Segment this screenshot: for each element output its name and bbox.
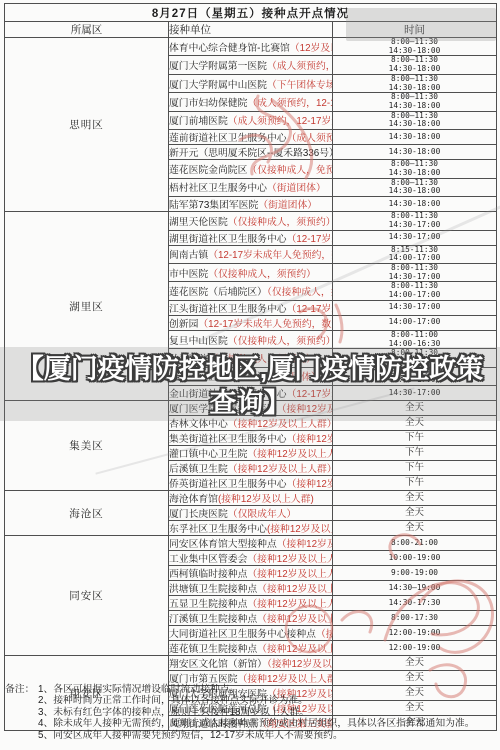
- unit-cell: 厦门市妇幼保健院（成人须预约，12-17岁免预约）: [169, 93, 333, 111]
- time-cell: 14:30—19:00: [333, 581, 497, 596]
- unit-note: （12-17岁未成年人免预约，数量有限；成人须预约）: [287, 304, 333, 315]
- unit-name: 后溪镇卫生院: [169, 464, 228, 475]
- time-cell: 12:00-19:00: [333, 626, 497, 641]
- unit-note: (接种12岁及以上人群): [267, 524, 333, 535]
- unit-cell: 厦门前埔医院（成人须预约，12-17岁免预约）: [169, 111, 333, 129]
- time-cell: 下午: [333, 431, 497, 446]
- unit-cell: 体育中心综合健身馆-比赛馆（12岁及以上人群免预约）: [169, 38, 333, 56]
- unit-name: 集美街道社区卫生服务中心: [169, 434, 287, 445]
- unit-name: 湖里天伦医院: [169, 217, 228, 228]
- unit-name: 西柯镇临时接种点: [169, 569, 247, 580]
- time-cell: 8:00-11:30 14:30-17:00: [333, 263, 497, 281]
- time-cell: 8:00—11:30 14:30-18:00: [333, 160, 497, 178]
- table-row: 海沧区海沧体育馆(接种12岁及以上人群)全天: [5, 491, 497, 506]
- unit-note: （成人须预约，12-17岁免预约）: [287, 133, 333, 144]
- unit-cell: 江头街道社区卫生服务中心（12-17岁未成年人免预约，数量有限；成人须预约）: [169, 300, 333, 315]
- unit-note: （仅接种成人，免预约）: [247, 165, 332, 176]
- column-header-district: 所属区: [5, 22, 169, 38]
- unit-name: 厦门长庚医院: [169, 509, 228, 520]
- footnote-line: 4、除未成年人接种无需预约，原则上成人接种均需预约或由村居组织，具体以各区指挥部…: [5, 718, 497, 729]
- unit-note: （12-17岁未成年人免预约，数量有限；成人须预约）: [287, 234, 333, 245]
- time-cell: 8:00—11:30 14:30-18:00: [333, 111, 497, 129]
- unit-note: （接种12岁及以上人群）: [287, 434, 333, 445]
- unit-name: 莲前街道社区卫生服务中心: [169, 133, 287, 144]
- unit-note: （接种12岁及以上人群，成人须预约）: [247, 554, 332, 565]
- time-cell: 8:00—11:30 14:30-18:00: [333, 56, 497, 74]
- time-cell: 8:00-21:00: [333, 536, 497, 551]
- unit-name: 闽南古镇: [169, 250, 208, 261]
- unit-note: （接种12岁及以上人群，成人须预约）: [257, 584, 332, 595]
- unit-note: （成人须预约，12-17岁免预约）: [267, 61, 333, 72]
- unit-cell: 工业集中区管委会（接种12岁及以上人群，成人须预约）: [169, 551, 333, 566]
- unit-name: 厦门大学附属中山医院: [169, 80, 267, 91]
- unit-cell: 厦门大学附属中山医院（下午团体专场，12-17岁免预约）: [169, 74, 333, 92]
- district-cell: 海沧区: [5, 491, 169, 536]
- time-cell: 下午: [333, 461, 497, 476]
- unit-cell: 海沧体育馆(接种12岁及以上人群): [169, 491, 333, 506]
- time-cell: 9:00-19:00: [333, 566, 497, 581]
- unit-cell: 莲花医院金尚院区（仅接种成人，免预约）: [169, 160, 333, 178]
- unit-note: （接种12岁及以上人群 ，成人须预约）: [247, 599, 332, 610]
- unit-name: 工业集中区管委会: [169, 554, 247, 565]
- footnote-line: 3、未标有红色字体的接种点，原则上只接种18周岁以上人群。: [5, 707, 497, 718]
- time-cell: 10:00-19:00: [333, 551, 497, 566]
- unit-cell: 汀溪镇卫生院接种点（接种12岁及以上人群，成人须预约）: [169, 611, 333, 626]
- unit-cell: 东孚社区卫生服务中心(接种12岁及以上人群): [169, 521, 333, 536]
- time-cell: 14:30-18:00: [333, 130, 497, 145]
- unit-name: 厦门大学附属第一医院: [169, 61, 267, 72]
- unit-name: 厦门市妇幼保健院: [169, 98, 247, 109]
- unit-name: 新开元（思明厦禾院区--厦禾路336号）: [169, 148, 333, 159]
- document-sheet: 8月27日（星期五）接种点开点情况 所属区 接种单位 时间 思明区体育中心综合健…: [0, 0, 500, 750]
- time-cell: 8:00—11:30 14:30-18:00: [333, 93, 497, 111]
- unit-name: 厦门前埔医院: [169, 116, 228, 127]
- unit-cell: 复旦中山医院（仅接种成人，须预约）: [169, 330, 333, 348]
- unit-name: 陆军第73集团军医院: [169, 200, 258, 211]
- footnote-line: 2、接种时间为正常工作时间，具体以各接种点实际开诊为准。: [5, 695, 497, 706]
- unit-cell: 厦门大学附属第一医院（成人须预约，12-17岁免预约）: [169, 56, 333, 74]
- time-cell: 14:30-17:30: [333, 596, 497, 611]
- unit-name: 海沧体育馆: [169, 494, 218, 505]
- unit-note: （仅接种成人，须预约）: [208, 269, 316, 280]
- table-row: 同安区同安区体育馆大型接种点（接种12岁及以上人群，成人须预约）8:00-21:…: [5, 536, 497, 551]
- unit-name: 翔安区文化馆（新馆）: [169, 659, 267, 670]
- unit-name: 创新园: [169, 319, 198, 330]
- unit-name: 同安区体育馆大型接种点: [169, 539, 277, 550]
- unit-name: 体育中心综合健身馆-比赛馆: [169, 43, 290, 54]
- unit-note: （仅接种成人，须预约）: [228, 336, 333, 347]
- time-cell: 8:00-11:30 14:00-17:00: [333, 282, 497, 300]
- district-cell: 思明区: [5, 38, 169, 212]
- time-cell: 下午: [333, 446, 497, 461]
- unit-name: 湖里街道社区卫生服务中心: [169, 234, 287, 245]
- unit-name: 东孚社区卫生服务中心: [169, 524, 267, 535]
- unit-cell: 闽南古镇（12-17岁未成年人免预约，数量有限；成人须预约）: [169, 245, 333, 263]
- unit-note: （接种12岁及以上人群）: [267, 659, 333, 670]
- unit-name: 莲花医院金尚院区: [169, 165, 247, 176]
- column-header-unit: 接种单位: [169, 22, 333, 38]
- unit-cell: 梧村社区卫生服务中心（街道团体）: [169, 178, 333, 196]
- time-cell: 14:30-17:00: [333, 300, 497, 315]
- unit-note: （接种12岁及以上人群）: [228, 464, 333, 475]
- unit-note: （接种12岁及以上人群）: [247, 449, 332, 460]
- unit-cell: 湖里街道社区卫生服务中心（12-17岁未成年人免预约，数量有限；成人须预约）: [169, 230, 333, 245]
- unit-note: （接种12岁及以上人群，成人须预约）: [316, 629, 333, 640]
- unit-note: （街道团体）: [267, 183, 326, 194]
- time-cell: 8:00—11:30 14:30-18:00: [333, 178, 497, 196]
- unit-note: （接种12岁及以上人群）: [287, 479, 333, 490]
- unit-name: 五显卫生院接种点: [169, 599, 247, 610]
- unit-note: （接种12岁及以上人群，成人须预约）: [247, 569, 332, 580]
- time-cell: 下午: [333, 476, 497, 491]
- time-cell: 8:00-11:00 14:00-16:30: [333, 330, 497, 348]
- unit-cell: 侨英街道社区卫生服务中心（接种12岁及以上人群）: [169, 476, 333, 491]
- unit-name: 洪塘镇卫生院接种点: [169, 584, 257, 595]
- unit-cell: 同安区体育馆大型接种点（接种12岁及以上人群，成人须预约）: [169, 536, 333, 551]
- unit-note: （仅接种成人，须预约）: [228, 217, 333, 228]
- unit-name: 市中医院: [169, 269, 208, 280]
- watermark-text: 【厦门疫情防控地区,厦门疫情防控政策查询】: [13, 352, 487, 420]
- time-cell: 14:00-17:00: [333, 315, 497, 330]
- unit-cell: 五显卫生院接种点（接种12岁及以上人群 ，成人须预约）: [169, 596, 333, 611]
- time-cell: 8:15-11:30 14:00-17:00: [333, 245, 497, 263]
- unit-note: （12岁及以上人群免预约）: [290, 43, 333, 54]
- unit-note: （12-17岁未成年人免预约，数量有限；成人须预约）: [198, 319, 332, 330]
- unit-name: 侨英街道社区卫生服务中心: [169, 479, 287, 490]
- unit-cell: 后溪镇卫生院（接种12岁及以上人群）: [169, 461, 333, 476]
- time-cell: 8:00-17:30: [333, 611, 497, 626]
- footnote-line: 备注：1、各区可根据实际情况增设临时流动接种点。: [5, 684, 497, 695]
- unit-name: 汀溪镇卫生院接种点: [169, 614, 257, 625]
- unit-note: （12-17岁未成年人免预约，数量有限；成人须预约）: [208, 250, 332, 261]
- footnotes-label: 备注：: [5, 684, 38, 695]
- unit-note: （仅限成年人）: [228, 509, 297, 520]
- footnotes-section: 备注：1、各区可根据实际情况增设临时流动接种点。2、接种时间为正常工作时间，具体…: [5, 684, 497, 741]
- time-cell: 全天: [333, 491, 497, 506]
- unit-note: （接种12岁及以上人群，成人须预约）: [277, 539, 333, 550]
- time-cell: 12:00-19:00: [333, 641, 497, 656]
- unit-note: （接种12岁及以上人群，成人须预约）: [257, 614, 332, 625]
- unit-cell: 陆军第73集团军医院（街道团体）: [169, 197, 333, 212]
- unit-cell: 莲花镇卫生院接种点（接种12岁及以上人群，成人须预约）: [169, 641, 333, 656]
- time-cell: 全天: [333, 656, 497, 671]
- unit-cell: 厦门长庚医院（仅限成年人）: [169, 506, 333, 521]
- unit-cell: 新开元（思明厦禾院区--厦禾路336号）（街道团体）: [169, 145, 333, 160]
- unit-cell: 西柯镇临时接种点（接种12岁及以上人群，成人须预约）: [169, 566, 333, 581]
- unit-note: （街道团体）: [258, 200, 317, 211]
- time-cell: 全天: [333, 521, 497, 536]
- unit-cell: 大同街道社区卫生服务中心接种点（接种12岁及以上人群，成人须预约）: [169, 626, 333, 641]
- unit-note: （下午团体专场，12-17岁免预约）: [267, 80, 333, 91]
- unit-cell: 洪塘镇卫生院接种点（接种12岁及以上人群，成人须预约）: [169, 581, 333, 596]
- unit-name: 梧村社区卫生服务中心: [169, 183, 267, 194]
- unit-cell: 翔安区文化馆（新馆）（接种12岁及以上人群）: [169, 656, 333, 671]
- time-cell: 14:30-18:00: [333, 197, 497, 212]
- unit-name: 莲花镇卫生院接种点: [169, 644, 257, 655]
- time-cell: 14:30-18:00: [333, 145, 497, 160]
- table-row: 翔安区翔安区文化馆（新馆）（接种12岁及以上人群）全天: [5, 656, 497, 671]
- unit-cell: 湖里天伦医院（仅接种成人，须预约）: [169, 212, 333, 230]
- table-row: 湖里区湖里天伦医院（仅接种成人，须预约）8:00-11:30 14:30-17:…: [5, 212, 497, 230]
- unit-note: (接种12岁及以上人群): [218, 494, 314, 505]
- district-cell: 同安区: [5, 536, 169, 656]
- unit-name: 大同街道社区卫生服务中心接种点: [169, 629, 316, 640]
- unit-note: （成人须预约，12-17岁免预约）: [247, 98, 332, 109]
- unit-note: （接种12岁及以上人群，成人须预约）: [257, 644, 332, 655]
- footnote-line: 5、同安区成年人接种需要凭预约短信，12-17岁未成年人不需要预约。: [5, 730, 497, 741]
- time-cell: 8:00—11:30 14:30-18:00: [333, 74, 497, 92]
- unit-note: （成人须预约，12-17岁免预约）: [228, 116, 333, 127]
- unit-cell: 市中医院（仅接种成人，须预约）: [169, 263, 333, 281]
- time-cell: 全天: [333, 506, 497, 521]
- unit-cell: 莲前街道社区卫生服务中心（成人须预约，12-17岁免预约）: [169, 130, 333, 145]
- unit-name: 莲花医院（后埔院区）: [169, 287, 267, 298]
- scan-gray-box-artifact: [346, 8, 496, 41]
